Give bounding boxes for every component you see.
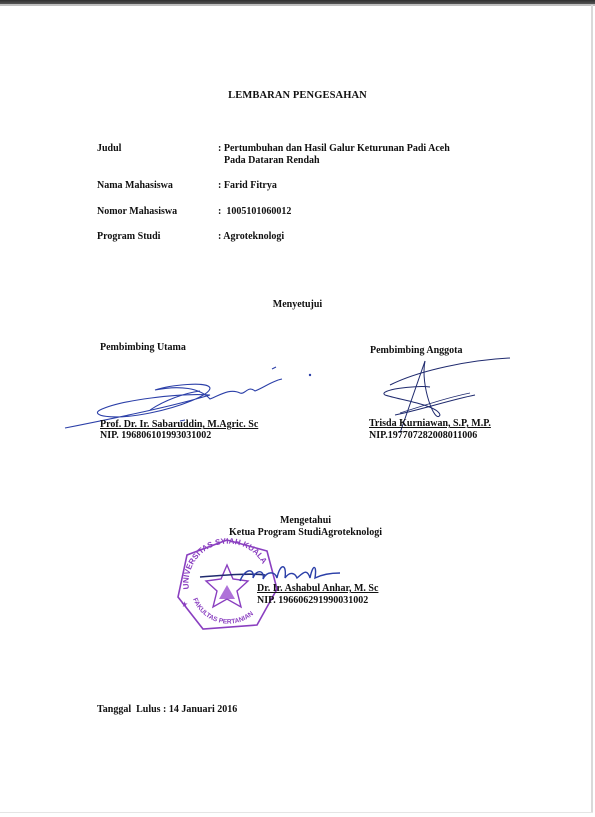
field-label-prodi: Program Studi [97,231,160,242]
main-supervisor-nip: NIP. 196806101993031002 [100,430,211,441]
field-label-judul: Judul [97,143,121,154]
head-of-program-nip: NIP. 196606291990031002 [257,595,368,606]
field-value-judul: : Pertumbuhan dan Hasil Galur Keturunan … [218,143,450,167]
member-supervisor-name: Trisda Kurniawan, S.P, M.P. [369,418,491,429]
field-label-nomor: Nomor Mahasiswa [97,206,177,217]
acknowledgement-heading: Mengetahui [8,515,595,526]
judul-line-1: : Pertumbuhan dan Hasil Galur Keturunan … [218,143,450,155]
approval-heading: Menyetujui [0,299,595,310]
head-of-program-name: Dr. Ir. Ashabul Anhar, M. Sc [257,583,378,594]
graduation-date: Tanggal Lulus : 14 Januari 2016 [97,704,237,715]
field-value-prodi: : Agroteknologi [218,231,284,243]
field-value-nama: : Farid Fitrya [218,180,277,192]
svg-text:★: ★ [181,600,188,609]
field-label-nama: Nama Mahasiswa [97,180,173,191]
main-supervisor-name: Prof. Dr. Ir. Sabaruddin, M.Agric. Sc [100,419,258,430]
judul-line-2: Pada Dataran Rendah [218,155,450,167]
document-page: LEMBARAN PENGESAHAN Judul : Pertumbuhan … [0,0,595,817]
acknowledgement-role: Ketua Program StudiAgroteknologi [8,527,595,538]
field-value-nomor: : 1005101060012 [218,206,291,218]
document-title: LEMBARAN PENGESAHAN [0,90,595,101]
main-supervisor-role: Pembimbing Utama [100,342,186,353]
member-supervisor-nip: NIP.197707282008011006 [369,430,477,441]
